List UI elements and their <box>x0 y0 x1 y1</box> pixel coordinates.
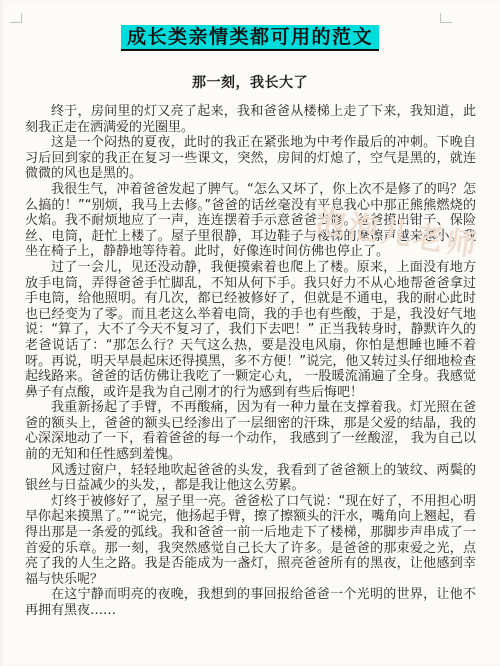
essay-paragraph: 终于，房间里的灯又亮了起来，我和爸爸从楼梯上走了下来，我知道，此刻我正走在洒满爱… <box>25 104 476 135</box>
essay-body: 终于，房间里的灯又亮了起来，我和爸爸从楼梯上走了下来，我知道，此刻我正走在洒满爱… <box>25 104 476 619</box>
page-title: 成长类亲情类都可用的范文 <box>121 25 379 51</box>
essay-paragraph: 过了一会儿，见还没动静，我便摸索着也爬上了楼。原来，上面没有地方放手电筒，弄得爸… <box>25 260 476 400</box>
margin-corner-mark-top-right <box>440 13 452 23</box>
essay-paragraph: 这是一个闷热的夏夜，此时的我正在紧张地为中考作最后的冲刺。下晚自习后回到家的我正… <box>25 135 476 182</box>
essay-paragraph: 灯终于被修好了，屋子里一亮。爸爸松了口气说：“现在好了，不用担心明早你起来摸黑了… <box>25 494 476 588</box>
page-title-row: 成长类亲情类都可用的范文 <box>0 0 500 51</box>
margin-corner-mark-top-left <box>10 13 22 23</box>
essay-paragraph: 在这宁静而明亮的夜晚，我想到的事回报给爸爸一个光明的世界，让他不再拥有黑夜…… <box>25 587 476 618</box>
essay-paragraph: 我很生气，冲着爸爸发起了脾气。“怎么又坏了，你上次不是修了的吗？怎么搞的！”“别… <box>25 182 476 260</box>
document-page: 泡泡儿老师 成长类亲情类都可用的范文 那一刻，我长大了 终于，房间里的灯又亮了起… <box>0 0 500 666</box>
essay-paragraph: 我重新扬起了手臂，不再酸痛，因为有一种力量在支撑着我。灯光照在爸爸的额头上，爸爸… <box>25 400 476 462</box>
essay-paragraph: 风透过窗户，轻轻地吹起爸爸的头发，我看到了爸爸额上的皱纹、两鬓的银丝与日益减少的… <box>25 463 476 494</box>
essay-title: 那一刻，我长大了 <box>0 72 500 92</box>
